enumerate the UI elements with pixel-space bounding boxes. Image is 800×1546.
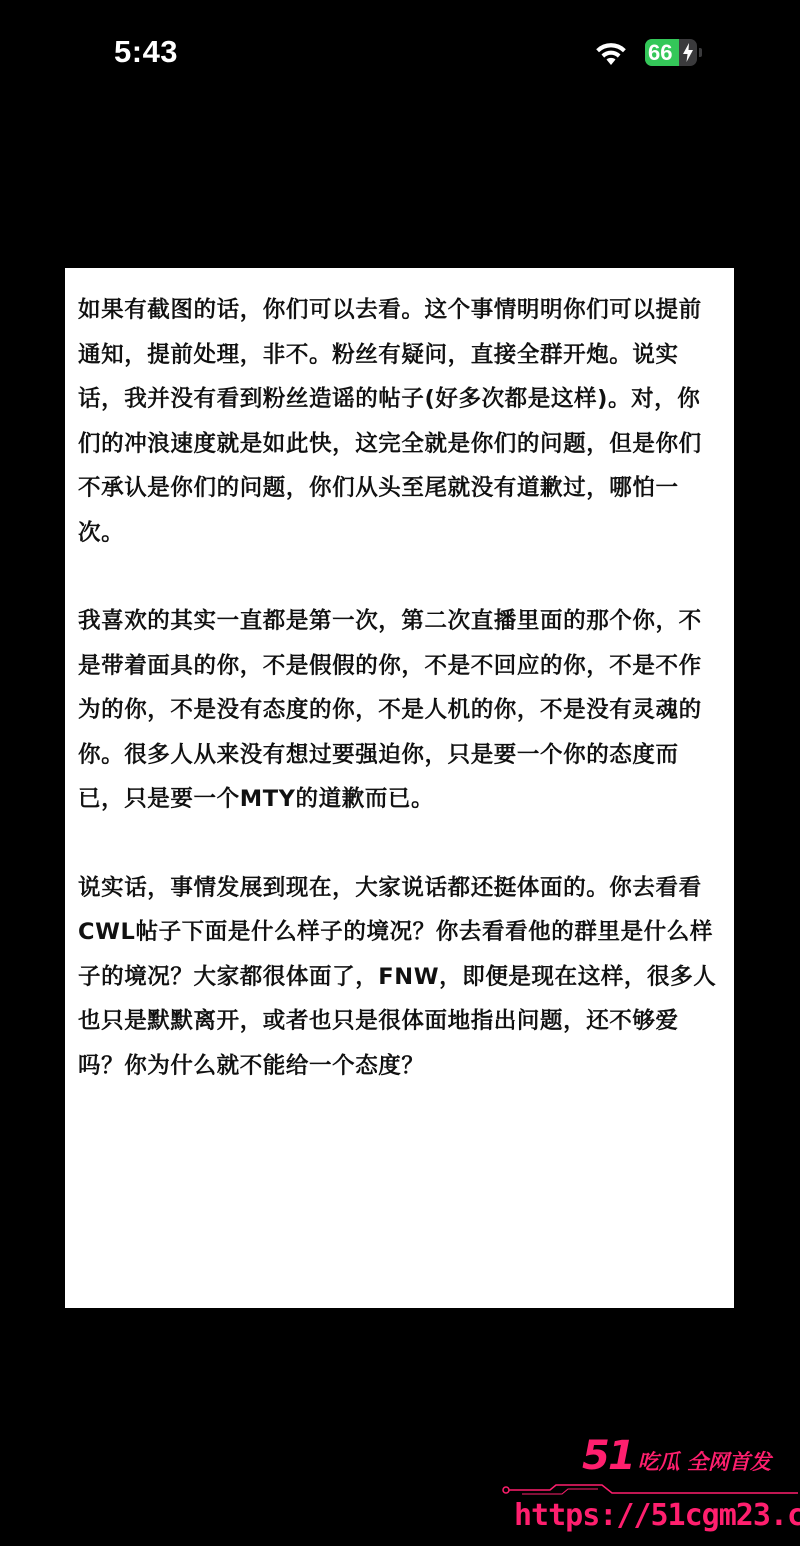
status-bar: 5:43 66 (0, 0, 800, 110)
post-paragraph-3: 说实话，事情发展到现在，大家说话都还挺体面的。你去看看CWL帖子下面是什么样子的… (78, 866, 720, 1089)
battery-cap (699, 48, 702, 57)
battery-percent: 66 (648, 39, 672, 66)
post-text-card: 如果有截图的话，你们可以去看。这个事情明明你们可以提前通知，提前处理，非不。粉丝… (65, 268, 734, 1308)
post-paragraph-1: 如果有截图的话，你们可以去看。这个事情明明你们可以提前通知，提前处理，非不。粉丝… (78, 288, 720, 555)
watermark-url: https://51cgm23.com (514, 1498, 800, 1533)
battery-indicator: 66 (645, 39, 697, 66)
circuit-line-decoration (502, 1483, 798, 1497)
watermark-brand-text: 吃瓜 全网首发 (638, 1450, 771, 1474)
watermark: 51吃瓜 全网首发 https://51cgm23.com (500, 1425, 800, 1546)
watermark-brand-number: 51 (582, 1433, 634, 1479)
watermark-brand: 51吃瓜 全网首发 (582, 1433, 771, 1479)
post-paragraph-2: 我喜欢的其实一直都是第一次，第二次直播里面的那个你，不是带着面具的你，不是假假的… (78, 599, 720, 822)
charging-bolt-icon (682, 43, 694, 62)
wifi-icon (593, 38, 629, 68)
status-time: 5:43 (114, 34, 178, 70)
